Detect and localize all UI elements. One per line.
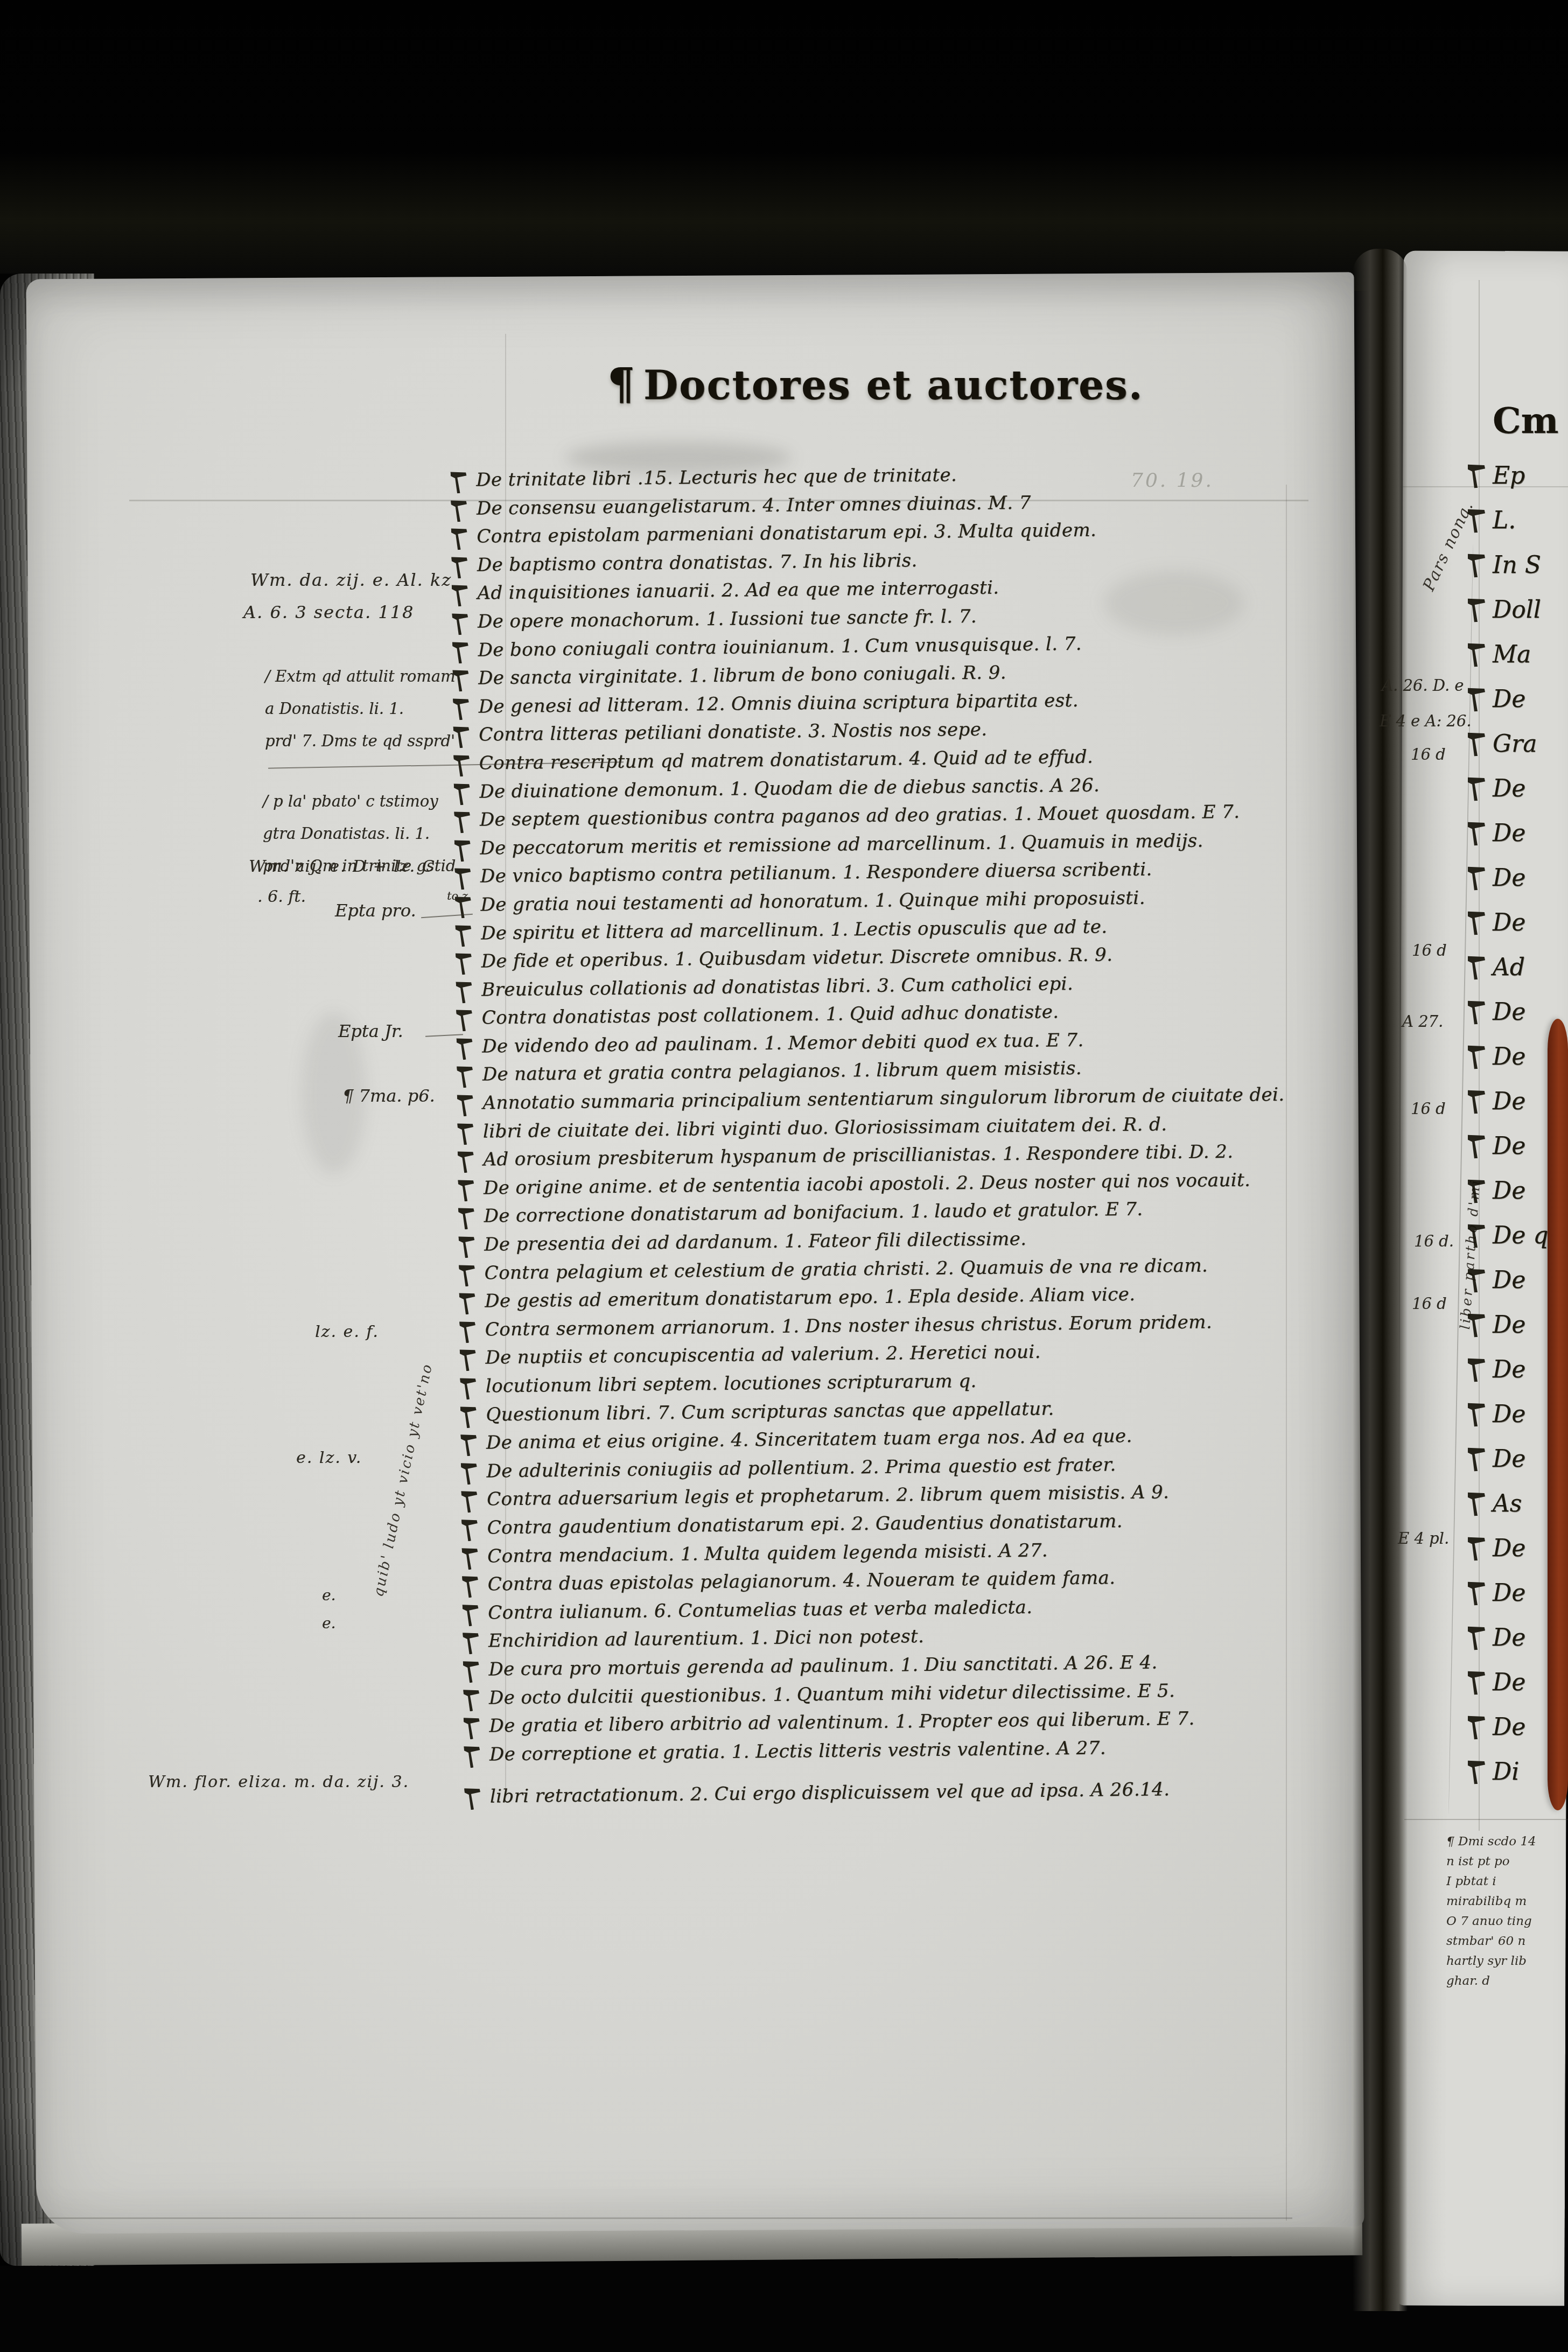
paragraph-flag-icon xyxy=(1468,864,1487,891)
red-fore-edge-tab xyxy=(1548,1019,1568,1810)
ruled-line-horizontal-bottom xyxy=(38,2217,1292,2219)
paragraph-flag-icon xyxy=(457,1093,475,1117)
entry-fragment-text: De xyxy=(1493,1579,1525,1607)
paragraph-flag-icon xyxy=(1468,954,1487,980)
paragraph-flag-icon xyxy=(1468,1356,1487,1382)
right-page-entry-fragment: De xyxy=(1468,864,1568,909)
paragraph-flag-icon xyxy=(1468,507,1487,533)
paragraph-flag-icon xyxy=(451,526,470,550)
paragraph-flag-icon xyxy=(453,781,472,806)
catalogue-entry-text: Contra litteras petiliani donatiste. 3. … xyxy=(479,719,988,746)
right-page-entry-fragment: De xyxy=(1468,820,1568,864)
entry-fragment-text: As xyxy=(1493,1490,1522,1517)
entry-fragment-text: Doll xyxy=(1493,596,1541,624)
margin-press-mark: Wm. da. zij. e. Al. kz xyxy=(250,570,452,590)
right-page-entry-fragment: De xyxy=(1468,775,1568,820)
paragraph-flag-icon xyxy=(456,1065,475,1089)
entry-fragment-text: Ep xyxy=(1493,462,1525,489)
paragraph-flag-icon xyxy=(458,1263,477,1287)
entry-fragment-text: De xyxy=(1493,1624,1525,1651)
margin-press-mark: . 6. ft. xyxy=(257,887,306,906)
right-page-entry-fragment: L. xyxy=(1468,507,1568,551)
page-title: ¶Doctores et auctores. xyxy=(607,359,1143,409)
margin-letter-mark: e. xyxy=(322,1614,335,1632)
paragraph-flag-icon xyxy=(452,611,471,635)
catalogue-entry-text: De opere monachorum. 1. Iussioni tue san… xyxy=(478,606,977,633)
entry-fragment-text: De xyxy=(1493,864,1525,892)
entry-fragment-text: De xyxy=(1493,1311,1525,1339)
entry-fragment-text: Gra xyxy=(1493,730,1537,758)
annotation-line: stmbar' 60 n xyxy=(1446,1931,1568,1951)
paragraph-flag-icon xyxy=(1468,1266,1487,1293)
entry-fragment-text: De xyxy=(1493,820,1525,847)
paragraph-flag-icon xyxy=(1468,1669,1487,1695)
paragraph-flag-icon xyxy=(457,1121,476,1145)
right-margin-ref: 16 d xyxy=(1412,1294,1447,1313)
margin-press-mark: Wm. zij. e. D + lz. C xyxy=(249,857,436,876)
paragraph-flag-icon xyxy=(460,1376,479,1400)
margin-press-mark: A. 6. 3 secta. 118 xyxy=(243,602,414,622)
ruled-line-horizontal-right-page-bottom xyxy=(1404,1819,1568,1820)
paragraph-flag-icon xyxy=(1468,1535,1487,1561)
entry-fragment-text: L. xyxy=(1493,507,1516,534)
entry-fragment-text: De xyxy=(1493,1088,1525,1115)
entry-fragment-text: De xyxy=(1493,1713,1525,1741)
margin-note-septima-pars: ¶ 7ma. p6. xyxy=(342,1086,435,1106)
right-margin-ref: E 4 pl. xyxy=(1398,1529,1449,1548)
right-page-entry-fragment: De xyxy=(1468,909,1568,954)
margin-note-line: prd' 7. Dms te qd ssprd' xyxy=(265,725,456,757)
margin-note-epistola-prima: Epta pro. xyxy=(335,900,416,921)
entry-fragment-text: De xyxy=(1493,1669,1525,1696)
paragraph-flag-icon xyxy=(1468,462,1487,488)
right-page-entry-fragment: In S xyxy=(1468,551,1568,596)
catalogue-entry-text: De trinitate libri .15. Lecturis hec que… xyxy=(476,464,957,491)
paragraph-flag-icon xyxy=(454,866,473,891)
entry-fragment-text: Ad xyxy=(1493,954,1525,981)
paragraph-flag-icon xyxy=(451,583,470,607)
paragraph-flag-icon xyxy=(1468,551,1487,578)
paragraph-flag-icon xyxy=(461,1546,480,1570)
paragraph-flag-icon xyxy=(1468,1177,1487,1203)
paragraph-flag-icon xyxy=(1468,1490,1487,1516)
paragraph-flag-icon xyxy=(453,725,472,749)
entry-fragment-text: De xyxy=(1493,998,1525,1026)
paragraph-flag-icon xyxy=(450,470,469,494)
paragraph-flag-icon xyxy=(1468,1132,1487,1159)
paragraph-flag-icon xyxy=(1468,685,1487,712)
paragraph-flag-icon xyxy=(1468,820,1487,846)
paragraph-flag-icon xyxy=(460,1461,479,1485)
entry-fragment-text: De xyxy=(1493,1535,1525,1562)
annotation-line: mirabilibq m xyxy=(1446,1892,1568,1912)
annotation-line: hartly syr lib xyxy=(1446,1951,1568,1971)
paragraph-flag-icon xyxy=(1468,596,1487,622)
entry-fragment-text: De xyxy=(1493,1356,1525,1383)
entry-fragment-text: De q xyxy=(1493,1222,1548,1249)
annotation-line: ghar. d xyxy=(1446,1971,1568,1991)
paragraph-flag-icon xyxy=(463,1716,482,1740)
entry-fragment-text: De xyxy=(1493,1266,1525,1294)
right-page-entry-fragment: De xyxy=(1468,685,1568,730)
entry-fragment-text: De xyxy=(1493,1043,1525,1070)
paragraph-flag-icon xyxy=(1468,1445,1487,1472)
paragraph-flag-icon xyxy=(454,838,473,862)
paragraph-flag-icon xyxy=(1468,1311,1487,1338)
right-margin-ref: A 27. xyxy=(1402,1012,1443,1031)
margin-note-line: a Donatistis. li. 1. xyxy=(265,692,456,725)
paragraph-flag-icon xyxy=(461,1517,480,1542)
paragraph-flag-icon xyxy=(1468,1624,1487,1650)
right-page-entry-fragment: Gra xyxy=(1468,730,1568,775)
paragraph-flag-icon xyxy=(1468,1043,1487,1069)
photo-backdrop xyxy=(0,0,1568,291)
manuscript-photo: ¶Doctores et auctores. 70. 19. De trinit… xyxy=(0,0,1568,2352)
right-margin-ref: A. 26. D. e xyxy=(1382,676,1464,695)
margin-press-mark: e. lz. v. xyxy=(296,1448,362,1467)
paragraph-flag-icon xyxy=(462,1602,481,1627)
entry-fragment-text: In S xyxy=(1493,551,1541,579)
pilcrow-mark: ¶ xyxy=(607,359,636,409)
entry-fragment-text: De xyxy=(1493,1132,1525,1160)
margin-note-line: / Extm qd attulit romam xyxy=(265,660,456,692)
catalogue-entry-text: locutionum libri septem. locutiones scri… xyxy=(486,1370,977,1397)
paragraph-flag-icon xyxy=(1468,998,1487,1025)
right-page-heading-partial: Cm xyxy=(1493,400,1558,442)
catalogue-entry-list: De trinitate libri .15. Lecturis hec que… xyxy=(451,461,1292,1815)
paragraph-flag-icon xyxy=(450,498,469,522)
catalogue-entry-text: libri retractationum. 2. Cui ergo displi… xyxy=(490,1779,1170,1807)
paragraph-flag-icon xyxy=(454,809,473,834)
right-page-entry-fragment: Ad xyxy=(1468,954,1568,998)
paragraph-flag-icon xyxy=(459,1319,478,1343)
paragraph-flag-icon xyxy=(464,1786,483,1810)
entry-fragment-text: De xyxy=(1493,1445,1525,1473)
paragraph-flag-icon xyxy=(1468,730,1487,757)
paragraph-flag-icon xyxy=(1468,909,1487,935)
paragraph-flag-icon xyxy=(455,951,474,975)
paragraph-flag-icon xyxy=(1468,641,1487,667)
margin-superscript: to z xyxy=(447,890,468,902)
paragraph-flag-icon xyxy=(1468,1758,1487,1784)
paragraph-flag-icon xyxy=(460,1404,479,1429)
paragraph-flag-icon xyxy=(451,555,470,579)
annotation-line: ¶ Dmi scdo 14 xyxy=(1446,1832,1568,1852)
margin-press-mark: lz. e. f. xyxy=(315,1322,379,1341)
right-margin-ref: 16 d. xyxy=(1414,1232,1454,1250)
catalogue-entry-text: Enchiridion ad laurentium. 1. Dici non p… xyxy=(488,1626,925,1651)
paragraph-flag-icon xyxy=(456,979,474,1004)
paragraph-flag-icon xyxy=(1468,1713,1487,1740)
margin-note-a: / Extm qd attulit romama Donatistis. li.… xyxy=(265,660,456,757)
right-page-bottom-annotation: ¶ Dmi scdo 14n ist pt poI pbtat imirabil… xyxy=(1446,1832,1568,1991)
right-margin-ref: 16 d xyxy=(1412,941,1447,960)
right-page-entry-fragment: Ep xyxy=(1468,462,1568,507)
paragraph-flag-icon xyxy=(461,1489,480,1514)
entry-fragment-text: Di xyxy=(1493,1758,1519,1786)
paragraph-flag-icon xyxy=(463,1659,481,1683)
right-margin-ref: E 4 e A: 26. xyxy=(1380,712,1472,730)
paragraph-flag-icon xyxy=(1468,1401,1487,1427)
paragraph-flag-icon xyxy=(460,1432,479,1457)
catalogue-entry-text: De baptismo contra donatistas. 7. In his… xyxy=(477,550,918,576)
entry-fragment-text: De xyxy=(1493,1177,1525,1205)
margin-note-line: / p la' pbato' c tstimoy xyxy=(263,785,456,817)
paragraph-flag-icon xyxy=(458,1178,477,1202)
entry-fragment-text: Ma xyxy=(1493,641,1531,668)
paragraph-flag-icon xyxy=(1468,1579,1487,1606)
annotation-line: I pbtat i xyxy=(1446,1872,1568,1892)
paragraph-flag-icon xyxy=(1468,1088,1487,1114)
margin-note-epistola-secunda: Epta Jr. xyxy=(338,1021,403,1041)
paragraph-flag-icon xyxy=(456,1007,474,1032)
paragraph-flag-icon xyxy=(457,1149,476,1173)
right-margin-ref: 16 d xyxy=(1411,1100,1446,1118)
margin-letter-mark: e. xyxy=(322,1586,335,1604)
paragraph-flag-icon xyxy=(463,1688,482,1712)
paragraph-flag-icon xyxy=(458,1234,477,1258)
paragraph-flag-icon xyxy=(459,1348,478,1372)
gutter-shadow xyxy=(1353,249,1408,2311)
entry-fragment-text: De xyxy=(1493,685,1525,713)
paragraph-flag-icon xyxy=(456,1036,475,1060)
paragraph-flag-icon xyxy=(458,1206,477,1230)
paragraph-flag-icon xyxy=(463,1630,481,1655)
annotation-line: O 7 anuo ting xyxy=(1446,1912,1568,1931)
paragraph-flag-icon xyxy=(459,1291,478,1315)
paragraph-flag-icon xyxy=(464,1744,482,1768)
right-margin-ref: 16 d xyxy=(1411,745,1446,764)
entry-fragment-text: De xyxy=(1493,1401,1525,1428)
entry-fragment-text: De xyxy=(1493,909,1525,936)
margin-bottom-press-mark: Wm. flor. eliza. m. da. zij. 3. xyxy=(148,1773,409,1791)
right-page-entry-fragment: Doll xyxy=(1468,596,1568,641)
right-page-entry-fragment: Ma xyxy=(1468,641,1568,685)
page-title-text: Doctores et auctores. xyxy=(643,362,1143,409)
annotation-line: n ist pt po xyxy=(1446,1852,1568,1872)
paragraph-flag-icon xyxy=(461,1574,480,1598)
paragraph-flag-icon xyxy=(1468,1222,1487,1248)
margin-note-line: gtra Donatistas. li. 1. xyxy=(263,817,456,850)
paragraph-flag-icon xyxy=(1468,775,1487,801)
paragraph-flag-icon xyxy=(455,923,474,947)
entry-fragment-text: De xyxy=(1493,775,1525,802)
